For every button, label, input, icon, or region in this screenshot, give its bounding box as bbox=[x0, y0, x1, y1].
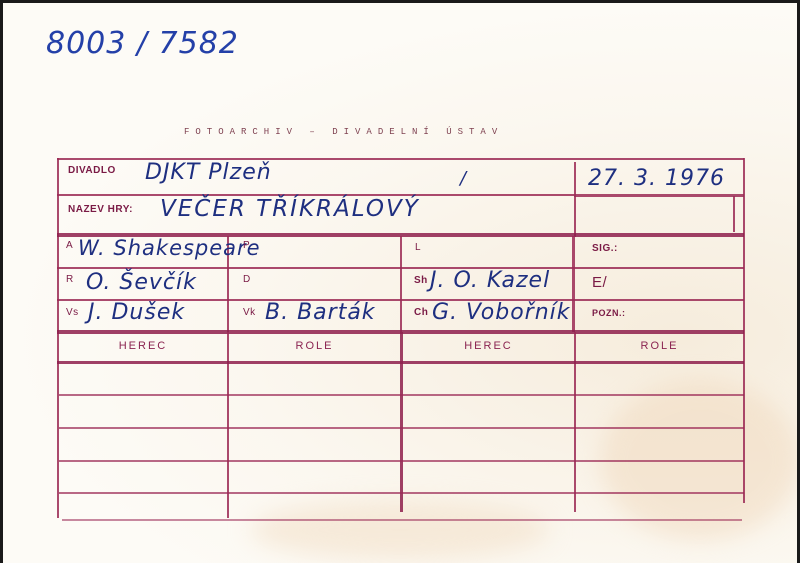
vs-label: Vs bbox=[66, 307, 79, 318]
p-label: P bbox=[243, 240, 250, 251]
a-label: A bbox=[66, 240, 73, 251]
divadlo-label: DIVADLO bbox=[68, 165, 116, 176]
grid-line bbox=[733, 196, 735, 232]
date-value: 27. 3. 1976 bbox=[588, 166, 725, 191]
r-value: O. Ševčík bbox=[86, 270, 197, 295]
grid-line bbox=[400, 236, 402, 332]
col-header-role-1: ROLE bbox=[229, 340, 400, 352]
a-value: W. Shakespeare bbox=[78, 236, 261, 260]
stray-mark: / bbox=[460, 168, 467, 189]
ch-label: Ch bbox=[414, 307, 428, 318]
scan-edge-top bbox=[0, 0, 800, 3]
vk-label: Vk bbox=[243, 307, 256, 318]
e-label: E/ bbox=[592, 274, 607, 291]
vs-value: J. Dušek bbox=[88, 300, 185, 325]
grid-line bbox=[62, 519, 742, 521]
stamp-header: FOTOARCHIV – DIVADELNÍ ÚSTAV bbox=[184, 127, 503, 137]
col-header-herec-1: HEREC bbox=[59, 340, 227, 352]
divadlo-value: DJKT Plzeň bbox=[145, 160, 272, 185]
pozn-label: POZN.: bbox=[592, 308, 626, 318]
sh-value: J. O. Kazel bbox=[430, 268, 550, 293]
d-label: D bbox=[243, 274, 251, 285]
l-label: L bbox=[415, 242, 421, 253]
scan-edge-left bbox=[0, 0, 3, 563]
col-header-herec-2: HEREC bbox=[403, 340, 574, 352]
table-row bbox=[59, 429, 744, 460]
nazev-hry-label: NAZEV HRY: bbox=[68, 204, 133, 215]
r-label: R bbox=[66, 274, 74, 285]
grid-line bbox=[57, 267, 744, 269]
table-row bbox=[59, 462, 744, 492]
archive-number: 8003 / 7582 bbox=[46, 26, 239, 61]
col-header-role-2: ROLE bbox=[576, 340, 743, 352]
sh-label: Sh bbox=[414, 275, 428, 286]
vk-value: B. Barták bbox=[265, 300, 376, 325]
nazev-hry-value: VEČER TŘÍKRÁLOVÝ bbox=[160, 196, 420, 222]
sig-label: SIG.: bbox=[592, 243, 618, 254]
ch-value: G. Vobořník bbox=[432, 300, 571, 325]
table-row bbox=[59, 396, 744, 427]
table-row bbox=[59, 364, 744, 394]
grid-line bbox=[572, 236, 575, 332]
grid-line bbox=[574, 162, 576, 237]
table-row bbox=[59, 494, 744, 519]
grid-line bbox=[574, 194, 744, 197]
